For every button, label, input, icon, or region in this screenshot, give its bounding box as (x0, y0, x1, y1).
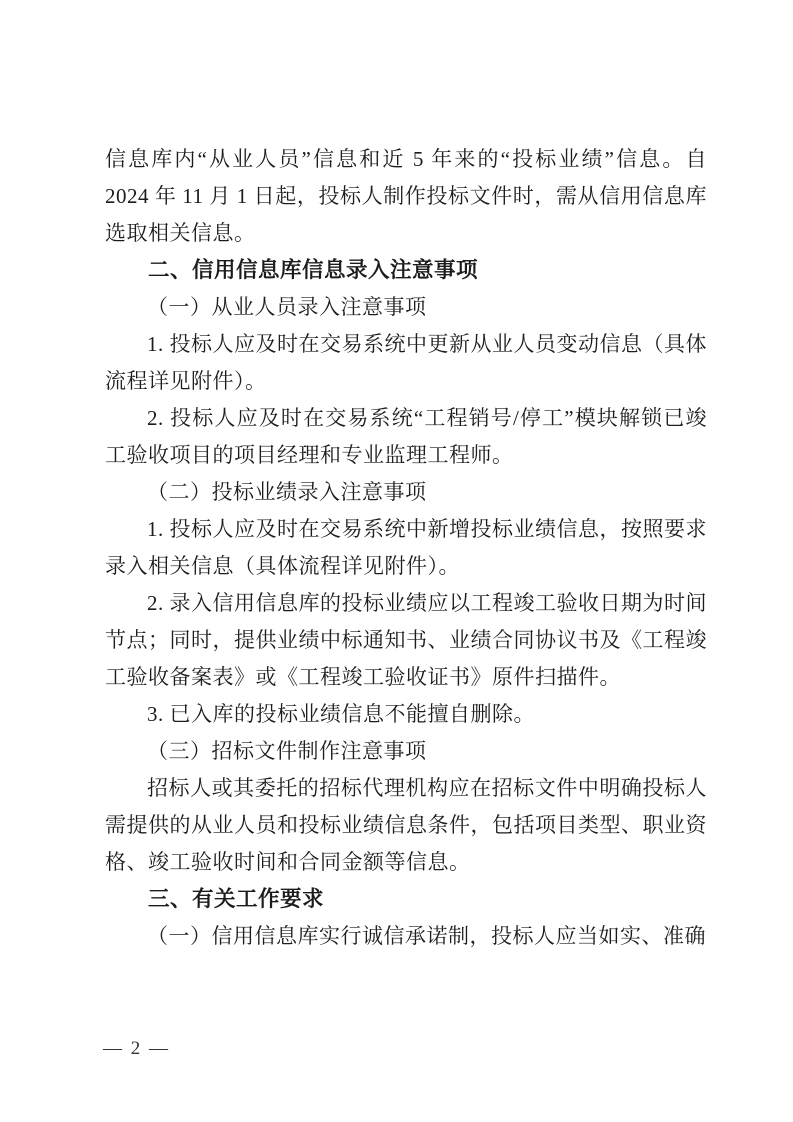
body-paragraph: 1. 投标人应及时在交易系统中更新从业人员变动信息（具体流程详见附件）。 (105, 326, 707, 400)
body-paragraph-continued: 信息库内“从业人员”信息和近 5 年来的“投标业绩”信息。自 2024 年 11… (105, 141, 707, 252)
body-paragraph: 1. 投标人应及时在交易系统中新增投标业绩信息，按照要求录入相关信息（具体流程详… (105, 511, 707, 585)
section-heading-3: 三、有关工作要求 (105, 881, 707, 918)
subsection-heading-2-3: （三）招标文件制作注意事项 (105, 733, 707, 770)
document-body: 信息库内“从业人员”信息和近 5 年来的“投标业绩”信息。自 2024 年 11… (105, 141, 707, 955)
body-paragraph: （一）信用信息库实行诚信承诺制，投标人应当如实、准确 (105, 918, 707, 955)
subsection-heading-2-2: （二）投标业绩录入注意事项 (105, 474, 707, 511)
document-page: 信息库内“从业人员”信息和近 5 年来的“投标业绩”信息。自 2024 年 11… (0, 0, 793, 1122)
body-paragraph: 招标人或其委托的招标代理机构应在招标文件中明确投标人需提供的从业人员和投标业绩信… (105, 770, 707, 881)
body-paragraph: 3. 已入库的投标业绩信息不能擅自删除。 (105, 696, 707, 733)
page-number: — 2 — (103, 1038, 170, 1060)
section-heading-2: 二、信用信息库信息录入注意事项 (105, 252, 707, 289)
body-paragraph: 2. 投标人应及时在交易系统“工程销号/停工”模块解锁已竣工验收项目的项目经理和… (105, 400, 707, 474)
subsection-heading-2-1: （一）从业人员录入注意事项 (105, 289, 707, 326)
body-paragraph: 2. 录入信用信息库的投标业绩应以工程竣工验收日期为时间节点；同时，提供业绩中标… (105, 585, 707, 696)
